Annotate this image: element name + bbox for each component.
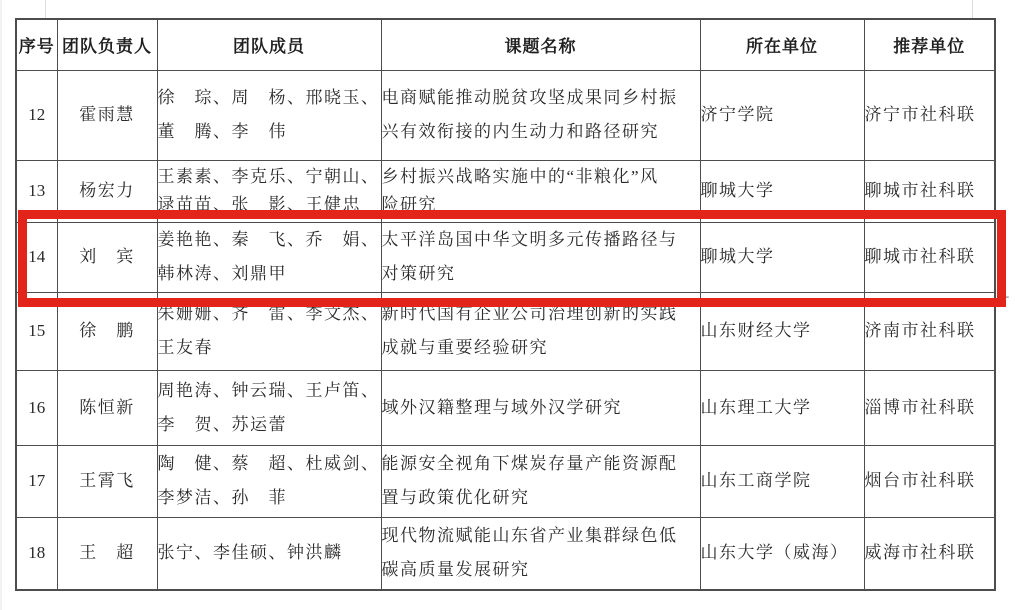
table-row-16: 16 陈恒新 周艳涛、钟云瑞、王卢笛、 李 贺、苏运蕾 域外汉籍整理与域外汉学研… xyxy=(16,370,995,445)
row-no: 15 xyxy=(16,292,57,370)
page-edge-shade xyxy=(0,0,2,610)
team-leader: 王霄飞 xyxy=(57,445,157,517)
row-no: 18 xyxy=(16,517,57,590)
team-members: 姜艳艳、秦 飞、乔 娟、 韩林涛、刘鼎甲 xyxy=(157,222,381,292)
page-fold-line-right xyxy=(972,0,973,19)
recommender: 济南市社科联 xyxy=(864,292,995,370)
recommender: 聊城市社科联 xyxy=(864,160,995,222)
table-header-row: 序号 团队负责人 团队成员 课题名称 所在单位 推荐单位 xyxy=(16,19,995,70)
table-row-18: 18 王 超 张宁、李佳硕、钟洪麟 现代物流赋能山东省产业集群绿色低 碳高质量发… xyxy=(16,517,995,590)
recommender: 威海市社科联 xyxy=(864,517,995,590)
team-members: 张宁、李佳硕、钟洪麟 xyxy=(157,517,381,590)
header-cell-members: 团队成员 xyxy=(157,19,381,70)
project-title: 现代物流赋能山东省产业集群绿色低 碳高质量发展研究 xyxy=(381,517,700,590)
recommender: 烟台市社科联 xyxy=(864,445,995,517)
affiliation: 济宁学院 xyxy=(700,70,864,160)
header-cell-title: 课题名称 xyxy=(381,19,700,70)
team-members: 周艳涛、钟云瑞、王卢笛、 李 贺、苏运蕾 xyxy=(157,370,381,445)
document-page: 序号 团队负责人 团队成员 课题名称 所在单位 推荐单位 12 霍雨慧 徐 琮、… xyxy=(0,0,1015,610)
team-leader: 王 超 xyxy=(57,517,157,590)
project-title: 新时代国有企业公司治理创新的实践 成就与重要经验研究 xyxy=(381,292,700,370)
project-title: 太平洋岛国中华文明多元传播路径与 对策研究 xyxy=(381,222,700,292)
table-row-15: 15 徐 鹏 朱姗姗、齐 雷、李文杰、 王友春 新时代国有企业公司治理创新的实践… xyxy=(16,292,995,370)
header-cell-leader: 团队负责人 xyxy=(57,19,157,70)
affiliation: 聊城大学 xyxy=(700,160,864,222)
affiliation: 山东财经大学 xyxy=(700,292,864,370)
team-members: 朱姗姗、齐 雷、李文杰、 王友春 xyxy=(157,292,381,370)
affiliation: 聊城大学 xyxy=(700,222,864,292)
recommender: 聊城市社科联 xyxy=(864,222,995,292)
project-title: 电商赋能推动脱贫攻坚成果同乡村振 兴有效衔接的内生动力和路径研究 xyxy=(381,70,700,160)
team-members: 徐 琮、周 杨、邢晓玉、 董 腾、李 伟 xyxy=(157,70,381,160)
project-table: 序号 团队负责人 团队成员 课题名称 所在单位 推荐单位 12 霍雨慧 徐 琮、… xyxy=(15,18,996,591)
affiliation: 山东理工大学 xyxy=(700,370,864,445)
row-no: 14 xyxy=(16,222,57,292)
team-leader: 徐 鹏 xyxy=(57,292,157,370)
row-no: 16 xyxy=(16,370,57,445)
project-title: 能源安全视角下煤炭存量产能资源配 置与政策优化研究 xyxy=(381,445,700,517)
project-title: 乡村振兴战略实施中的“非粮化”风 险研究 xyxy=(381,160,700,222)
team-members: 陶 健、蔡 超、杜威剑、 李梦洁、孙 菲 xyxy=(157,445,381,517)
table-row-12: 12 霍雨慧 徐 琮、周 杨、邢晓玉、 董 腾、李 伟 电商赋能推动脱贫攻坚成果… xyxy=(16,70,995,160)
team-leader: 刘 宾 xyxy=(57,222,157,292)
project-title: 域外汉籍整理与域外汉学研究 xyxy=(381,370,700,445)
table-resize-plus-icon: + xyxy=(997,290,1011,304)
header-cell-recommender: 推荐单位 xyxy=(864,19,995,70)
team-leader: 霍雨慧 xyxy=(57,70,157,160)
table-row-17: 17 王霄飞 陶 健、蔡 超、杜威剑、 李梦洁、孙 菲 能源安全视角下煤炭存量产… xyxy=(16,445,995,517)
row-no: 12 xyxy=(16,70,57,160)
table-row-14-highlighted: 14 刘 宾 姜艳艳、秦 飞、乔 娟、 韩林涛、刘鼎甲 太平洋岛国中华文明多元传… xyxy=(16,222,995,292)
page-fold-line-left xyxy=(45,0,46,19)
team-leader: 杨宏力 xyxy=(57,160,157,222)
affiliation: 山东工商学院 xyxy=(700,445,864,517)
row-no: 13 xyxy=(16,160,57,222)
recommender: 淄博市社科联 xyxy=(864,370,995,445)
affiliation: 山东大学（威海） xyxy=(700,517,864,590)
table-row-13: 13 杨宏力 王素素、李克乐、宁朝山、 逯苗苗、张 影、王健忠 乡村振兴战略实施… xyxy=(16,160,995,222)
team-leader: 陈恒新 xyxy=(57,370,157,445)
team-members: 王素素、李克乐、宁朝山、 逯苗苗、张 影、王健忠 xyxy=(157,160,381,222)
recommender: 济宁市社科联 xyxy=(864,70,995,160)
header-cell-no: 序号 xyxy=(16,19,57,70)
header-cell-unit: 所在单位 xyxy=(700,19,864,70)
row-no: 17 xyxy=(16,445,57,517)
